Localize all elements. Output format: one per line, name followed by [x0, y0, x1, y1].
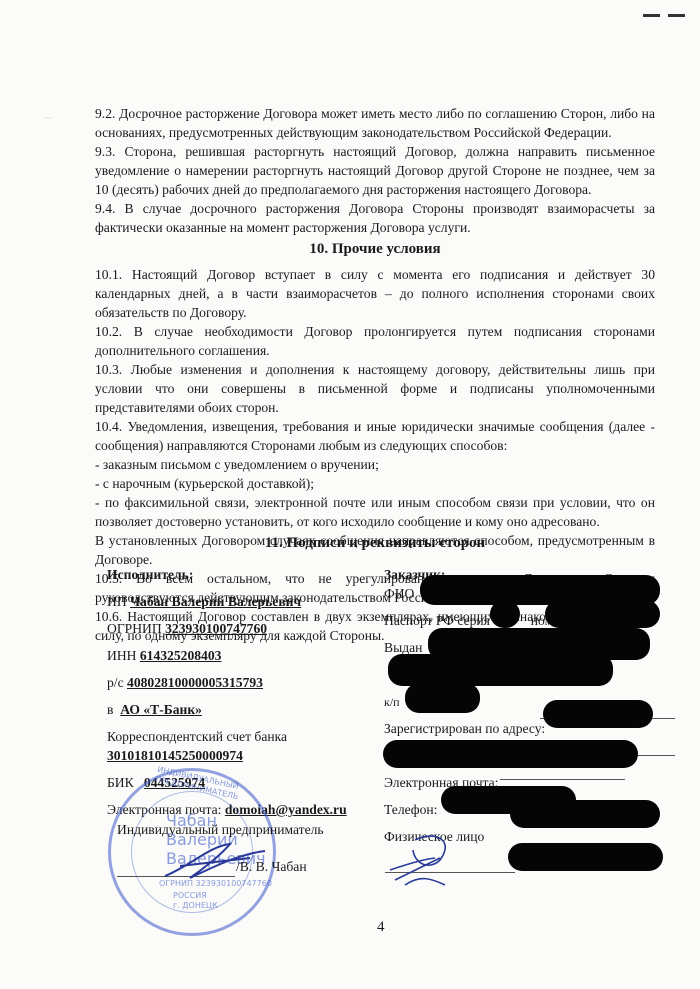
clause-10-2: 10.2. В случае необходимости Договор про…	[95, 322, 655, 360]
redaction-address	[543, 700, 653, 728]
bik-label: БИК	[107, 775, 134, 790]
redaction-customer-signature-name	[508, 843, 663, 871]
inn-value: 614325208403	[140, 648, 222, 663]
customer-signature-icon	[385, 830, 465, 890]
bleed-through-text: ~	[45, 110, 52, 126]
section-10-title: 10. Прочие условия	[95, 239, 655, 259]
ogrnip-value: 323930100747760	[165, 621, 267, 636]
redaction-passport-series	[490, 600, 520, 628]
issued-label: Выдан	[384, 640, 422, 655]
account-label: р/с	[107, 675, 124, 690]
redaction-kp	[405, 683, 480, 713]
stamp-city: г. ДОНЕЦК	[173, 901, 218, 911]
executor-name: Чабан Валерий Валерьевич	[130, 594, 301, 609]
address-label: Зарегистрирован по адресу:	[384, 721, 545, 736]
redaction-passport-number	[545, 600, 660, 628]
clause-10-4: 10.4. Уведомления, извещения, требования…	[95, 417, 655, 455]
corr-account-label: Корреспондентский счет банка	[107, 727, 377, 746]
inn-label: ИНН	[107, 648, 136, 663]
executor-inn-row: ИНН 614325208403	[107, 646, 377, 673]
bank-name: АО «Т-Банк»	[120, 702, 202, 717]
customer-email-underline	[500, 779, 625, 780]
clause-10-4-method-3: - по факсимильной связи, электронной поч…	[95, 493, 655, 531]
corr-account-row: 30101810145250000974	[107, 746, 377, 773]
redaction-issued-continued	[388, 654, 613, 686]
ogrnip-label: ОГРНИП	[107, 621, 162, 636]
clause-9-4: 9.4. В случае досрочного расторжения Дог…	[95, 199, 655, 237]
phone-label: Телефон:	[384, 802, 437, 817]
redaction-phone-2	[510, 800, 660, 828]
executor-signature-icon	[160, 836, 270, 886]
executor-bank-row: в АО «Т-Банк»	[107, 700, 377, 727]
corr-account-value: 30101810145250000974	[107, 748, 243, 763]
executor-ogrnip-row: ОГРНИП 323930100747760	[107, 619, 377, 646]
document-page: ~ 9.2. Досрочное расторжение Договора мо…	[0, 0, 700, 989]
stamp-country: РОССИЯ	[173, 891, 207, 901]
clause-10-3: 10.3. Любые изменения и дополнения к нас…	[95, 360, 655, 417]
fio-label: ФИО	[384, 586, 414, 601]
clause-9-3: 9.3. Сторона, решившая расторгнуть насто…	[95, 142, 655, 199]
bank-prefix: в	[107, 702, 113, 717]
scan-corner-marks	[643, 14, 685, 17]
clause-9-2: 9.2. Досрочное расторжение Договора може…	[95, 104, 655, 142]
clause-10-1: 10.1. Настоящий Договор вступает в силу …	[95, 265, 655, 322]
clause-10-4-method-2: - с нарочным (курьерской доставкой);	[95, 474, 655, 493]
executor-account-row: р/с 40802810000005315793	[107, 673, 377, 700]
executor-name-prefix: ИП	[107, 594, 127, 609]
account-value: 40802810000005315793	[127, 675, 263, 690]
kp-label: к/п	[384, 695, 400, 709]
passport-label: Паспорт РФ серия	[384, 613, 490, 628]
page-number: 4	[377, 919, 385, 936]
clause-10-4-method-1: - заказным письмом с уведомлением о вруч…	[95, 455, 655, 474]
executor-heading: Исполнитель:	[107, 565, 377, 592]
section-11-title: 11. Подписи и реквизиты сторон	[0, 535, 700, 552]
redaction-address-continued	[383, 740, 638, 768]
contract-body: 9.2. Досрочное расторжение Договора може…	[95, 104, 655, 645]
executor-name-row: ИП Чабан Валерий Валерьевич	[107, 592, 377, 619]
